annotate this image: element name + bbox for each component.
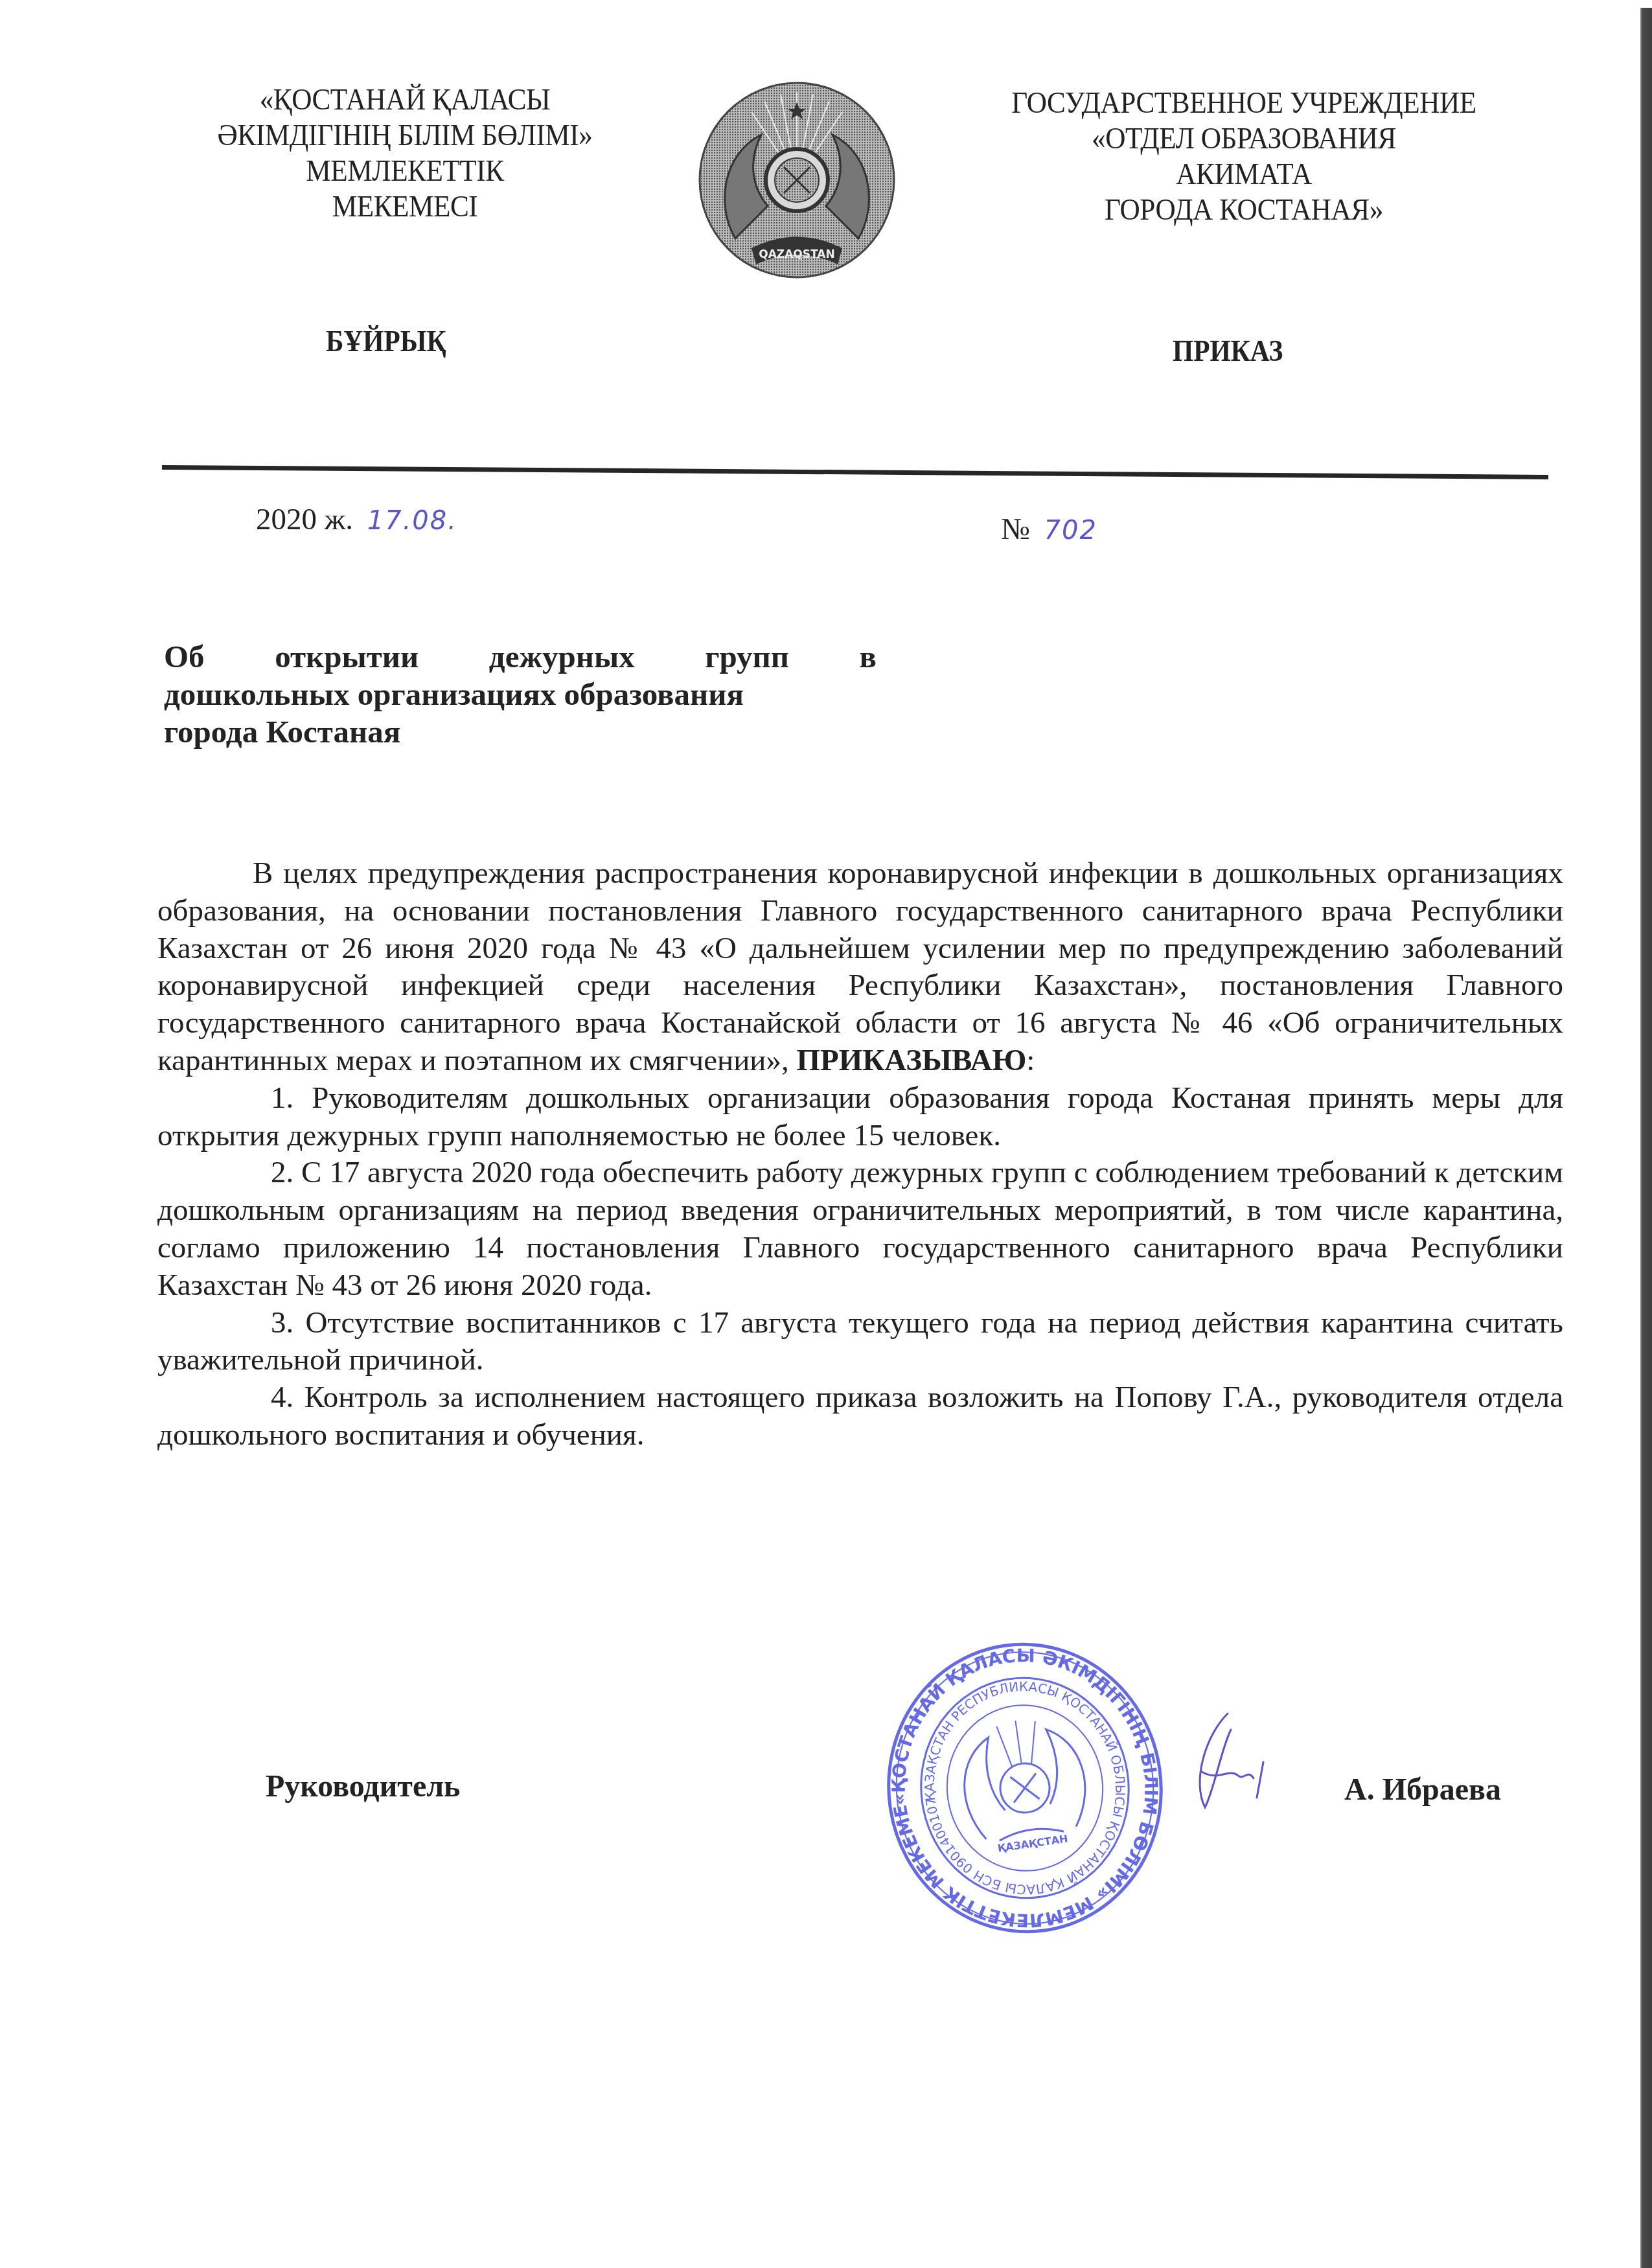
signatory-title: Руководитель	[266, 1769, 461, 1804]
document-type-ru: ПРИКАЗ	[1173, 334, 1283, 368]
subject-word: Об	[164, 638, 205, 676]
header-divider	[162, 465, 1548, 479]
header-ru-organization: ГОСУДАРСТВЕННОЕ УЧРЕЖДЕНИЕ «ОТДЕЛ ОБРАЗО…	[981, 86, 1506, 228]
header-ru-line: ГОСУДАРСТВЕННОЕ УЧРЕЖДЕНИЕ	[981, 86, 1506, 121]
subject-word: открытии	[275, 638, 419, 676]
order-word: ПРИКАЗЫВАЮ	[796, 1044, 1026, 1077]
subject-line-2: дошкольных организациях образования	[164, 676, 877, 713]
number-handwritten: 702	[1044, 516, 1097, 545]
scanner-edge-strip	[1640, 8, 1652, 2268]
subject-word: групп	[705, 638, 789, 676]
subject-word: в	[860, 638, 877, 676]
body-preamble: В целях предупреждения распространения к…	[157, 855, 1563, 1080]
document-number: № 702	[1001, 512, 1097, 547]
subject-word: дежурных	[489, 638, 635, 676]
svg-text:QAZAQSTAN: QAZAQSTAN	[759, 248, 834, 261]
header-kz-organization: «ҚОСТАНАЙ ҚАЛАСЫ ӘКІМДІГІНІҢ БІЛІМ БӨЛІМ…	[211, 82, 599, 225]
order-item-3: 3. Отсутствие воспитанников с 17 августа…	[157, 1305, 1563, 1380]
order-item-4: 4. Контроль за исполнением настоящего пр…	[157, 1379, 1563, 1454]
order-item-1: 1. Руководителям дошкольных организации …	[157, 1080, 1563, 1155]
handwritten-signature-icon	[1166, 1710, 1283, 1820]
order-colon: :	[1026, 1044, 1035, 1077]
order-item-2: 2. С 17 августа 2020 года обеспечить раб…	[157, 1154, 1563, 1304]
header-kz-line: МЕКЕМЕСІ	[211, 189, 599, 225]
date-prefix: 2020 ж.	[256, 503, 353, 536]
header-ru-line: «ОТДЕЛ ОБРАЗОВАНИЯ	[981, 121, 1506, 157]
header-kz-line: МЕМЛЕКЕТТІК	[211, 154, 599, 189]
subject-line-3: города Костаная	[164, 713, 877, 751]
header-kz-line: ӘКІМДІГІНІҢ БІЛІМ БӨЛІМІ»	[211, 118, 599, 154]
number-prefix: №	[1001, 512, 1030, 546]
header-ru-line: ГОРОДА КОСТАНАЯ»	[981, 192, 1506, 228]
document-body: В целях предупреждения распространения к…	[157, 855, 1563, 1454]
document-subject: Об открытии дежурных групп в дошкольных …	[164, 638, 877, 751]
header-kz-line: «ҚОСТАНАЙ ҚАЛАСЫ	[211, 82, 599, 118]
official-round-seal-icon: «ҚОСТАНАЙ ҚАЛАСЫ ӘКІМДІГІНІҢ БІЛІМ БӨЛІМ…	[882, 1639, 1167, 1937]
signatory-name: А. Ибраева	[1344, 1772, 1501, 1807]
date-handwritten: 17.08.	[367, 506, 457, 536]
subject-line-1: Об открытии дежурных групп в	[164, 638, 877, 676]
kazakhstan-state-emblem-icon: QAZAQSTAN	[690, 76, 904, 290]
document-type-kz: БҰЙРЫҚ	[326, 324, 446, 358]
header-ru-line: АКИМАТА	[981, 157, 1506, 192]
document-date: 2020 ж. 17.08.	[256, 502, 457, 537]
